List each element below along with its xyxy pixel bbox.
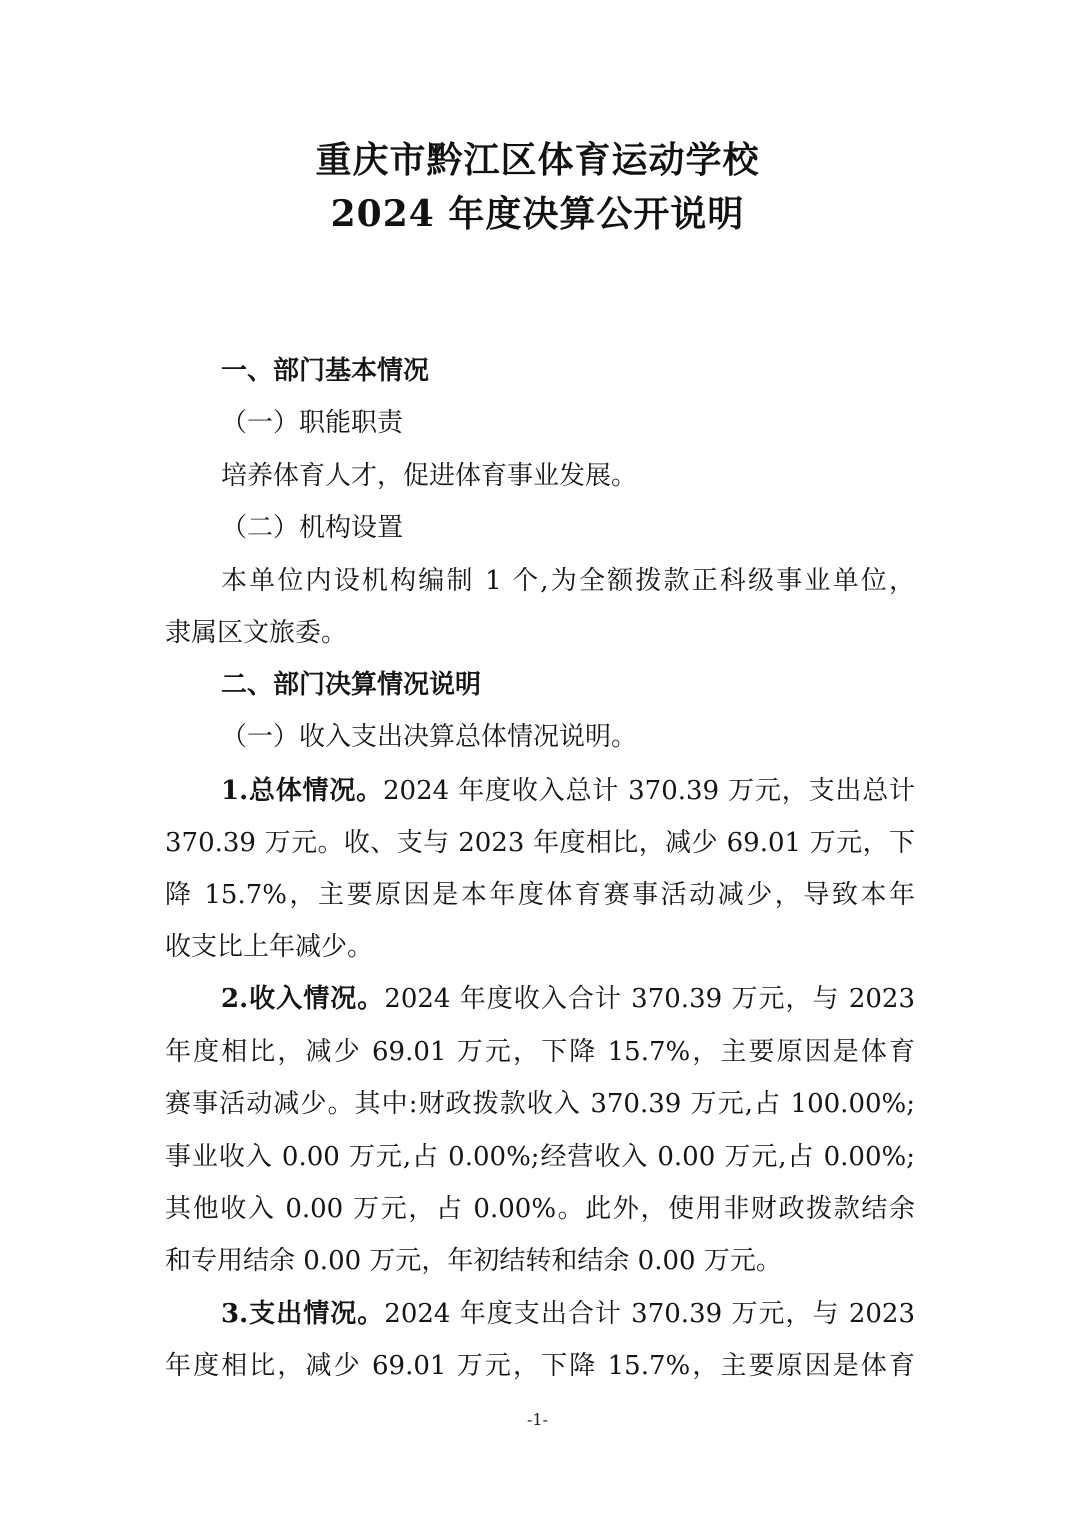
item-income-label: 2.收入情况。	[221, 984, 384, 1014]
page-number: -1-	[0, 1408, 1075, 1432]
item-overall-line2: 370.39 万元。收、支与 2023 年度相比，减少 69.01 万元，下	[165, 817, 915, 869]
item-income-line3: 赛事活动减少。其中:财政拨款收入 370.39 万元,占 100.00%;	[165, 1078, 915, 1130]
document-title-line2: 2024 年度决算公开说明	[0, 186, 1075, 242]
paragraph-organization-line1: 本单位内设机构编制 1 个,为全额拨款正科级事业单位，	[221, 555, 915, 607]
section-heading-final-accounts: 二、部门决算情况说明	[221, 659, 915, 711]
section-heading-basic-info: 一、部门基本情况	[221, 345, 915, 397]
item-income-line5: 其他收入 0.00 万元，占 0.00%。此外，使用非财政拨款结余	[165, 1183, 915, 1235]
item-overall-label: 1.总体情况。	[221, 776, 383, 806]
item-income-line6: 和专用结余 0.00 万元，年初结转和结余 0.00 万元。	[165, 1235, 915, 1287]
subsection-heading-income-expense-overview: （一）收入支出决算总体情况说明。	[221, 711, 915, 763]
item-income-line2: 年度相比，减少 69.01 万元，下降 15.7%，主要原因是体育	[165, 1026, 915, 1078]
item-income-text: 2024 年度收入合计 370.39 万元，与 2023	[384, 984, 915, 1014]
item-income-line4: 事业收入 0.00 万元,占 0.00%;经营收入 0.00 万元,占 0.00…	[165, 1131, 915, 1183]
subsection-heading-organization: （二）机构设置	[221, 502, 915, 554]
item-income-line1: 2.收入情况。2024 年度收入合计 370.39 万元，与 2023	[221, 973, 915, 1025]
item-expense-line1: 3.支出情况。2024 年度支出合计 370.39 万元，与 2023	[221, 1288, 915, 1340]
document-title-line1: 重庆市黔江区体育运动学校	[0, 132, 1075, 188]
subsection-heading-functions: （一）职能职责	[221, 397, 915, 449]
item-overall-line3: 降 15.7%，主要原因是本年度体育赛事活动减少，导致本年	[165, 869, 915, 921]
item-expense-line2: 年度相比，减少 69.01 万元，下降 15.7%，主要原因是体育	[165, 1340, 915, 1392]
item-overall-line1: 1.总体情况。2024 年度收入总计 370.39 万元，支出总计	[221, 765, 915, 817]
item-expense-label: 3.支出情况。	[221, 1299, 384, 1329]
item-overall-text: 2024 年度收入总计 370.39 万元，支出总计	[383, 776, 915, 806]
document-page: 重庆市黔江区体育运动学校 2024 年度决算公开说明 一、部门基本情况 （一）职…	[0, 0, 1075, 1520]
item-expense-text: 2024 年度支出合计 370.39 万元，与 2023	[384, 1299, 915, 1329]
paragraph-organization-line2: 隶属区文旅委。	[165, 607, 915, 659]
item-overall-line4: 收支比上年减少。	[165, 921, 915, 973]
paragraph-functions: 培养体育人才，促进体育事业发展。	[221, 450, 915, 502]
